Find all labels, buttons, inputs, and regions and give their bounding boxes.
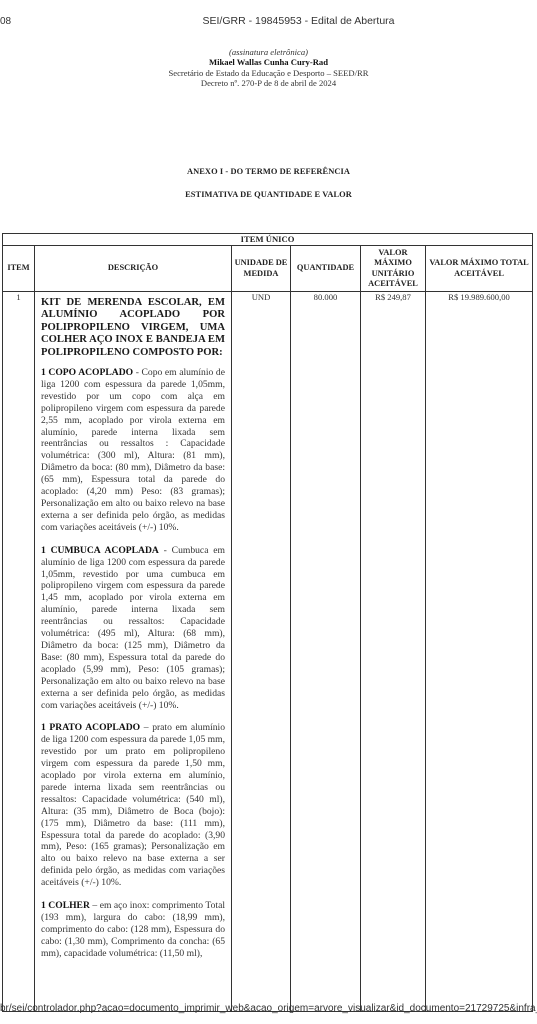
header-quantidade: QUANTIDADE bbox=[291, 246, 361, 292]
header-unidade: UNIDADE DE MEDIDA bbox=[232, 246, 291, 292]
component-colher: 1 COLHER – em aço inox: comprimento Tota… bbox=[41, 900, 225, 960]
cell-valor-unitario: R$ 249,87 bbox=[361, 292, 426, 1012]
component-copo: 1 COPO ACOPLADO - Copo em alumínio de li… bbox=[41, 367, 225, 534]
component-cumbuca: 1 CUMBUCA ACOPLADA - Cumbuca em alumínio… bbox=[41, 545, 225, 712]
component-prato: 1 PRATO ACOPLADO – prato em alumínio de … bbox=[41, 722, 225, 889]
cell-quantidade: 80.000 bbox=[291, 292, 361, 1012]
annex-title: ANEXO I - DO TERMO DE REFERÊNCIA bbox=[0, 167, 537, 176]
cell-unidade: UND bbox=[232, 292, 291, 1012]
header-item: ITEM bbox=[3, 246, 35, 292]
signer-decree: Decreto nº. 270-P de 8 de abril de 2024 bbox=[0, 78, 537, 88]
cell-descricao: KIT DE MERENDA ESCOLAR, EM ALUMÍNIO ACOP… bbox=[35, 292, 232, 1012]
table-row: 1 KIT DE MERENDA ESCOLAR, EM ALUMÍNIO AC… bbox=[3, 292, 533, 1012]
signature-note: (assinatura eletrônica) bbox=[0, 47, 537, 57]
kit-title: KIT DE MERENDA ESCOLAR, EM ALUMÍNIO ACOP… bbox=[41, 297, 225, 359]
print-header-title: SEI/GRR - 19845953 - Edital de Abertura bbox=[0, 15, 537, 27]
signature-block: (assinatura eletrônica) Mikael Wallas Cu… bbox=[0, 47, 537, 88]
header-valor-total: VALOR MÁXIMO TOTAL ACEITÁVEL bbox=[426, 246, 533, 292]
annex-subtitle: ESTIMATIVA DE QUANTIDADE E VALOR bbox=[0, 190, 537, 199]
header-descricao: DESCRIÇÃO bbox=[35, 246, 232, 292]
table-caption: ITEM ÚNICO bbox=[3, 234, 533, 246]
cell-item: 1 bbox=[3, 292, 35, 1012]
print-footer-url: br/sei/controlador.php?acao=documento_im… bbox=[0, 1003, 537, 1014]
cell-valor-total: R$ 19.989.600,00 bbox=[426, 292, 533, 1012]
signer-role: Secretário de Estado da Educação e Despo… bbox=[0, 68, 537, 78]
estimate-table: ITEM ÚNICO ITEM DESCRIÇÃO UNIDADE DE MED… bbox=[2, 233, 533, 1012]
signer-name: Mikael Wallas Cunha Cury-Rad bbox=[0, 57, 537, 67]
header-valor-unitario: VALOR MÁXIMO UNITÁRIO ACEITÁVEL bbox=[361, 246, 426, 292]
